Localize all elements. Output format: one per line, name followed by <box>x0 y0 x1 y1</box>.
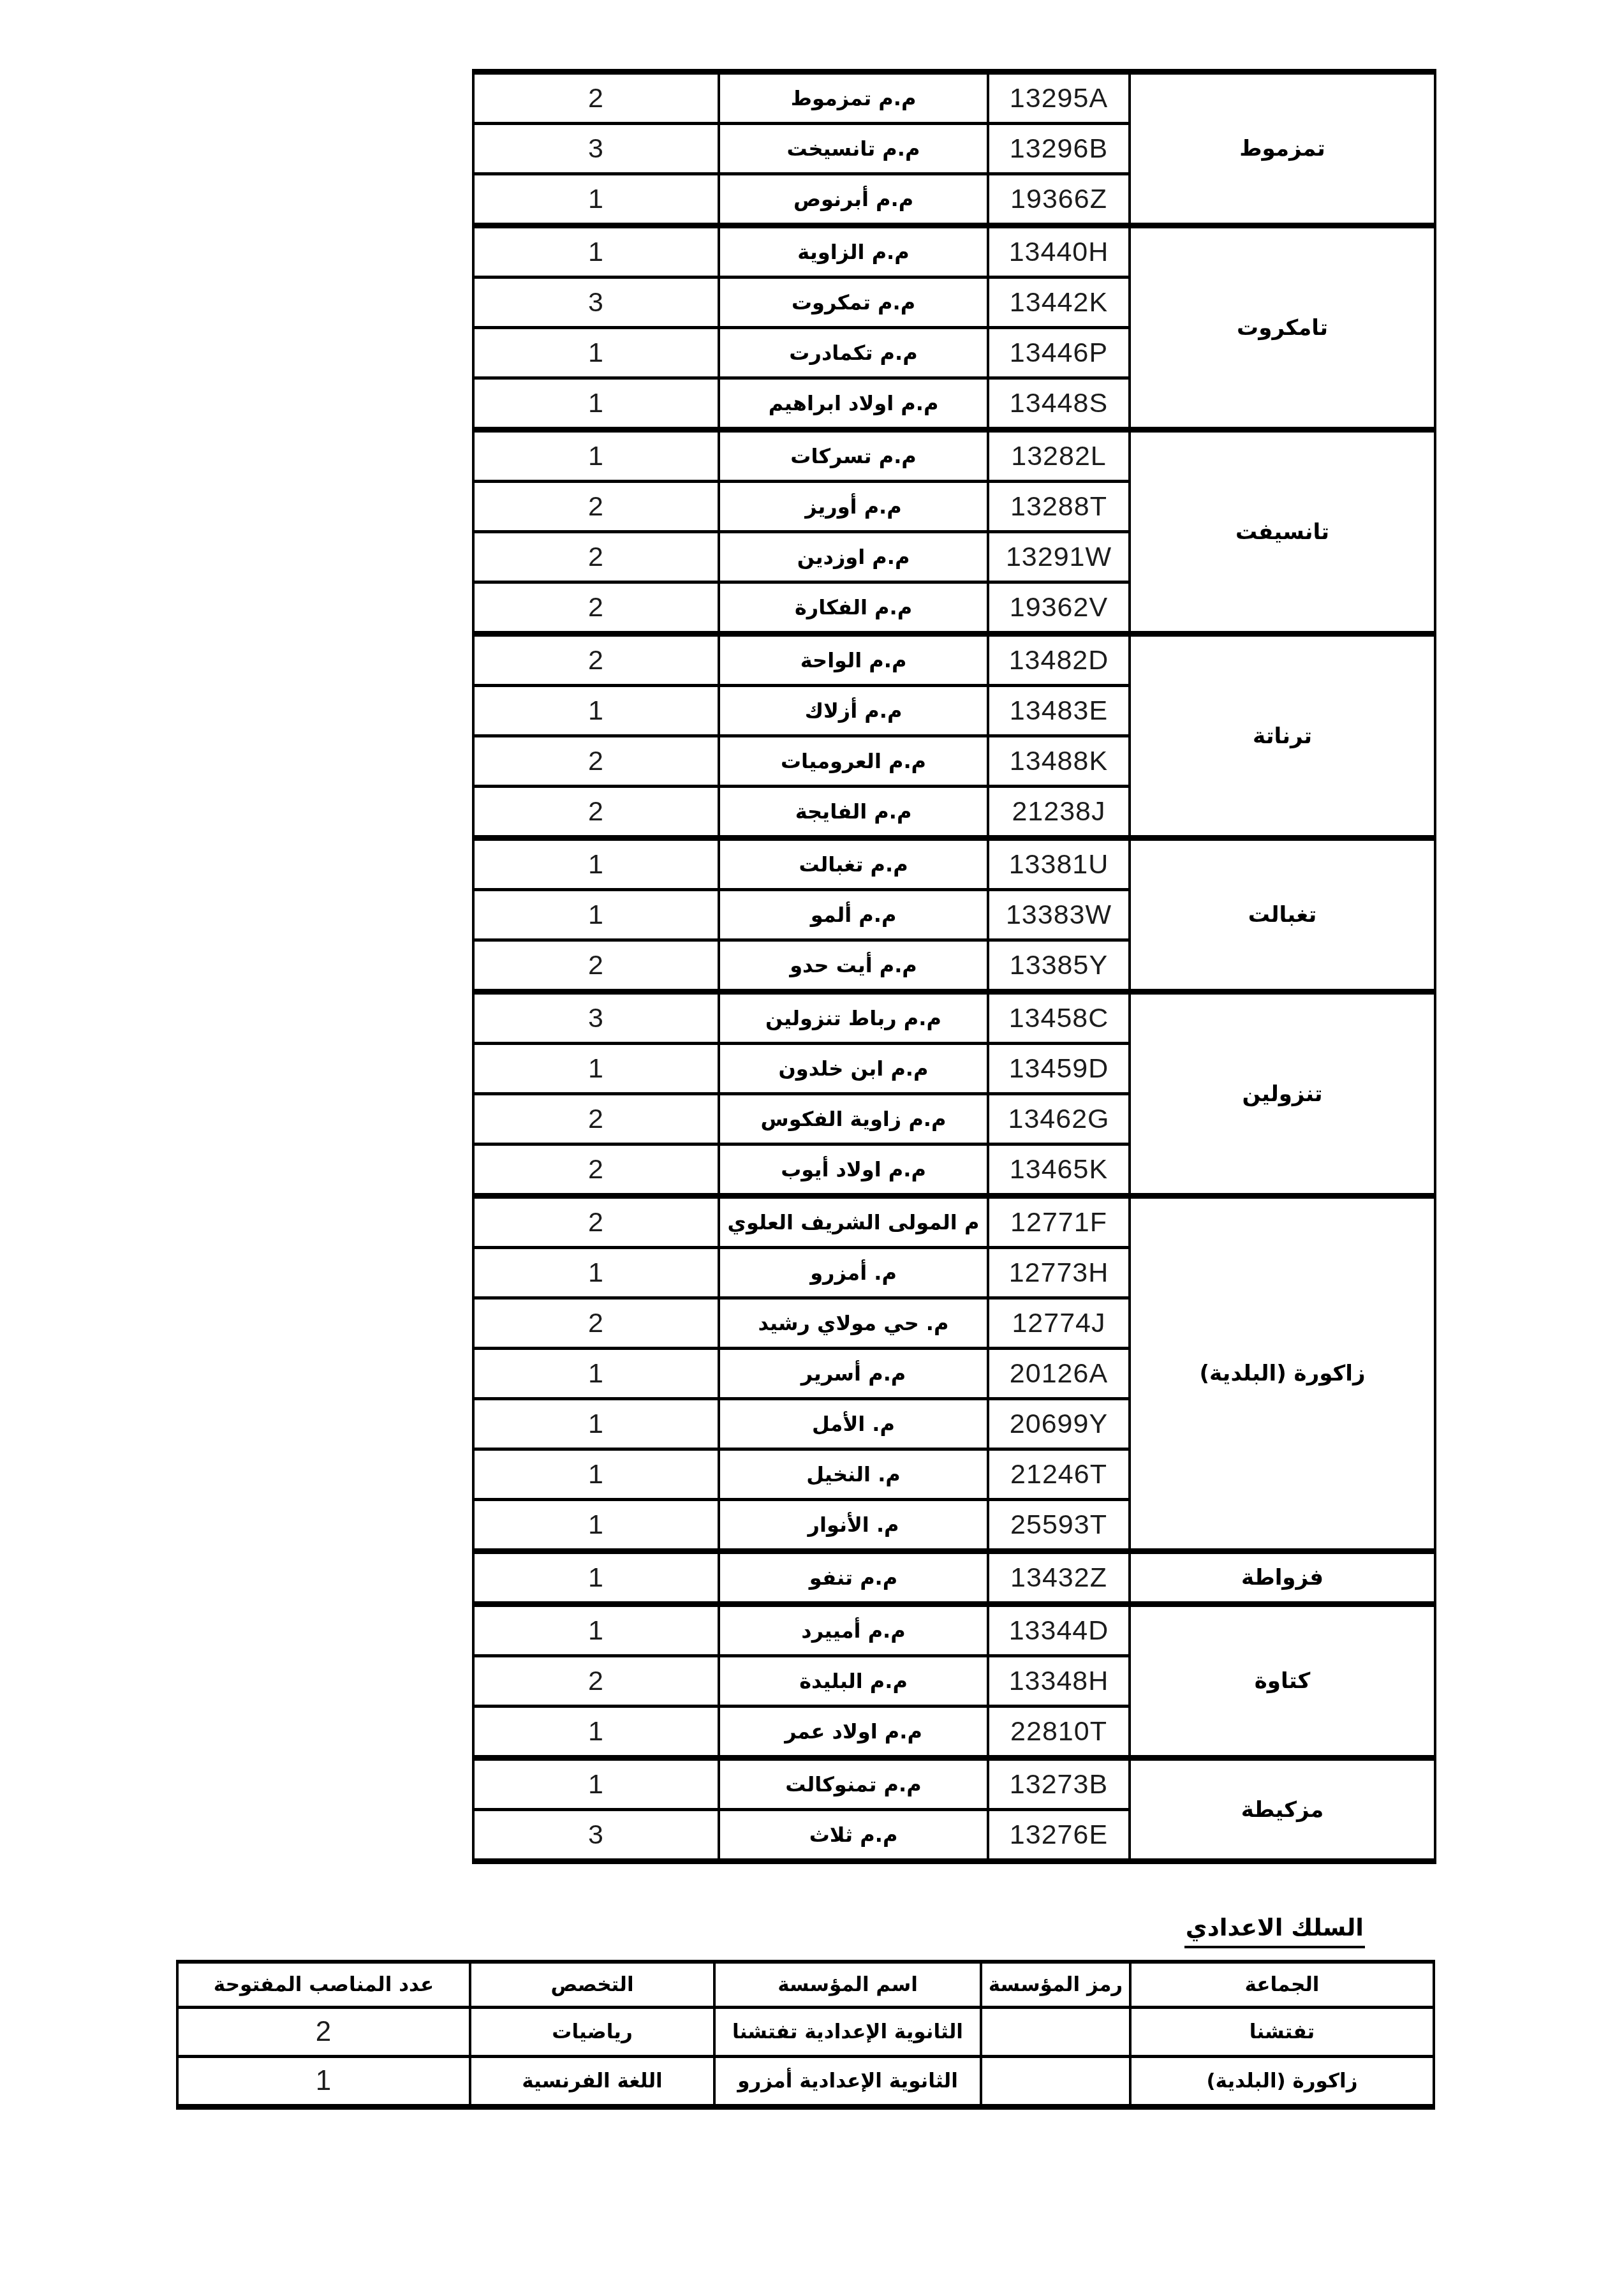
positions-count-cell: 1 <box>473 174 719 226</box>
school-code-cell: 13446P <box>988 328 1130 378</box>
school-code-cell <box>981 2008 1130 2057</box>
school-code-cell: 13458C <box>988 992 1130 1044</box>
positions-count-cell: 1 <box>473 430 719 482</box>
school-name-cell: م.م رباط تنزولين <box>719 992 988 1044</box>
header-commune: الجماعة <box>1130 1962 1434 2008</box>
school-row: تامكروت13440Hم.م الزاوية1 <box>473 226 1435 278</box>
positions-count-cell: 2 <box>473 482 719 532</box>
positions-count-cell: 3 <box>473 1810 719 1862</box>
school-row: تانسيفت13282Lم.م تسركات1 <box>473 430 1435 482</box>
section-title-preparatory-cycle: السلك الاعدادي <box>1184 1914 1365 1948</box>
school-code-cell: 13483E <box>988 686 1130 736</box>
positions-count-cell: 2 <box>473 1298 719 1349</box>
school-code-cell: 13448S <box>988 378 1130 430</box>
positions-count-cell: 2 <box>473 582 719 634</box>
school-code-cell: 25593T <box>988 1500 1130 1552</box>
school-row: تمزموط13295Aم.م تمزموط2 <box>473 72 1435 124</box>
school-name-cell: م.م تنفو <box>719 1552 988 1604</box>
school-name-cell: م.م اوزدين <box>719 532 988 582</box>
school-code-cell: 19362V <box>988 582 1130 634</box>
positions-count-cell: 1 <box>177 2057 470 2107</box>
school-code-cell: 13383W <box>988 890 1130 940</box>
school-code-cell: 13462G <box>988 1094 1130 1144</box>
positions-count-cell: 3 <box>473 278 719 328</box>
positions-count-cell: 2 <box>473 1094 719 1144</box>
commune-cell: تانسيفت <box>1130 430 1435 634</box>
positions-count-cell: 2 <box>473 1656 719 1707</box>
positions-count-cell: 1 <box>473 1399 719 1449</box>
school-name-cell: م المولى الشريف العلوي <box>719 1196 988 1248</box>
school-name-cell: م.م أيت حدو <box>719 940 988 992</box>
school-name-cell: م.م الفايجة <box>719 787 988 838</box>
school-name-cell: م.م تمكروت <box>719 278 988 328</box>
document-page: تمزموط13295Aم.م تمزموط213296Bم.م تانسيخت… <box>0 0 1622 2296</box>
school-row: مزكيطة13273Bم.م تمنوكالت1 <box>473 1758 1435 1810</box>
school-name-cell: م.م الفكارة <box>719 582 988 634</box>
school-code-cell: 22810T <box>988 1707 1130 1758</box>
school-name-cell: م.م اولاد أيوب <box>719 1144 988 1196</box>
commune-cell: كتاوة <box>1130 1604 1435 1758</box>
school-name-cell: م.م تانسيخت <box>719 124 988 174</box>
commune-cell: تنزولين <box>1130 992 1435 1196</box>
school-code-cell: 13296B <box>988 124 1130 174</box>
commune-cell: فزواطة <box>1130 1552 1435 1604</box>
positions-count-cell: 1 <box>473 1449 719 1500</box>
primary-open-positions-table: تمزموط13295Aم.م تمزموط213296Bم.م تانسيخت… <box>472 69 1436 1864</box>
school-name-cell: م.م أمييرد <box>719 1604 988 1656</box>
school-code-cell: 13432Z <box>988 1552 1130 1604</box>
school-name-cell: م.م تكمادرت <box>719 328 988 378</box>
positions-count-cell: 1 <box>473 226 719 278</box>
school-name-cell: م.م العروميات <box>719 736 988 787</box>
positions-count-cell: 3 <box>473 124 719 174</box>
school-name-cell: الثانوية الإعدادية أمزرو <box>714 2057 981 2107</box>
commune-cell: تفتشنا <box>1130 2008 1434 2057</box>
school-code-cell: 20126A <box>988 1349 1130 1399</box>
school-row: فزواطة13432Zم.م تنفو1 <box>473 1552 1435 1604</box>
commune-cell: ترناتة <box>1130 634 1435 838</box>
school-code-cell: 12771F <box>988 1196 1130 1248</box>
school-row: زاكورة (البلدية)12771Fم المولى الشريف ال… <box>473 1196 1435 1248</box>
positions-count-cell: 1 <box>473 1349 719 1399</box>
school-name-cell: م.م الزاوية <box>719 226 988 278</box>
positions-count-cell: 1 <box>473 1707 719 1758</box>
commune-cell: تمزموط <box>1130 72 1435 226</box>
school-name-cell: م.م أسرير <box>719 1349 988 1399</box>
secondary-school-row: زاكورة (البلدية)الثانوية الإعدادية أمزرو… <box>177 2057 1434 2107</box>
school-code-cell: 13381U <box>988 838 1130 890</box>
secondary-table-header-row: الجماعة رمز المؤسسة اسم المؤسسة التخصص ع… <box>177 1962 1434 2008</box>
positions-count-cell: 1 <box>473 1500 719 1552</box>
school-code-cell: 13288T <box>988 482 1130 532</box>
school-name-cell: م.م أوريز <box>719 482 988 532</box>
positions-count-cell: 1 <box>473 890 719 940</box>
school-code-cell: 19366Z <box>988 174 1130 226</box>
positions-count-cell: 1 <box>473 1248 719 1298</box>
positions-count-cell: 2 <box>473 736 719 787</box>
positions-count-cell: 1 <box>473 1604 719 1656</box>
positions-count-cell: 1 <box>473 328 719 378</box>
school-name-cell: م.م الواحة <box>719 634 988 686</box>
school-code-cell: 13442K <box>988 278 1130 328</box>
school-name-cell: م. النخيل <box>719 1449 988 1500</box>
school-code-cell: 13344D <box>988 1604 1130 1656</box>
positions-count-cell: 2 <box>473 634 719 686</box>
commune-cell: تامكروت <box>1130 226 1435 430</box>
header-specialty: التخصص <box>470 1962 714 2008</box>
school-row: كتاوة13344Dم.م أمييرد1 <box>473 1604 1435 1656</box>
commune-cell: مزكيطة <box>1130 1758 1435 1862</box>
school-code-cell: 21246T <box>988 1449 1130 1500</box>
school-code-cell: 20699Y <box>988 1399 1130 1449</box>
school-name-cell: م.م اولاد عمر <box>719 1707 988 1758</box>
specialty-cell: اللغة الفرنسية <box>470 2057 714 2107</box>
commune-cell: تغبالت <box>1130 838 1435 992</box>
school-code-cell: 13295A <box>988 72 1130 124</box>
school-name-cell: م.م زاوية الفكوس <box>719 1094 988 1144</box>
school-row: ترناتة13482Dم.م الواحة2 <box>473 634 1435 686</box>
positions-count-cell: 2 <box>473 532 719 582</box>
school-row: تغبالت13381Uم.م تغبالت1 <box>473 838 1435 890</box>
school-name-cell: م.م اولاد ابراهيم <box>719 378 988 430</box>
school-code-cell: 13440H <box>988 226 1130 278</box>
secondary-cycle-table: الجماعة رمز المؤسسة اسم المؤسسة التخصص ع… <box>176 1960 1435 2110</box>
positions-count-cell: 1 <box>473 686 719 736</box>
school-code-cell: 13465K <box>988 1144 1130 1196</box>
school-name-cell: م.م ابن خلدون <box>719 1044 988 1094</box>
school-code-cell: 13459D <box>988 1044 1130 1094</box>
school-name-cell: م. أمزرو <box>719 1248 988 1298</box>
school-code-cell: 13348H <box>988 1656 1130 1707</box>
school-name-cell: م.م ألمو <box>719 890 988 940</box>
commune-cell: زاكورة (البلدية) <box>1130 1196 1435 1552</box>
positions-count-cell: 1 <box>473 1552 719 1604</box>
specialty-cell: رياضيات <box>470 2008 714 2057</box>
positions-count-cell: 2 <box>473 72 719 124</box>
school-code-cell: 12773H <box>988 1248 1130 1298</box>
school-name-cell: م. حي مولاي رشيد <box>719 1298 988 1349</box>
school-name-cell: م.م أزلاك <box>719 686 988 736</box>
header-school-name: اسم المؤسسة <box>714 1962 981 2008</box>
positions-count-cell: 2 <box>177 2008 470 2057</box>
school-code-cell: 13482D <box>988 634 1130 686</box>
school-name-cell: م.م تغبالت <box>719 838 988 890</box>
positions-count-cell: 1 <box>473 838 719 890</box>
positions-count-cell: 3 <box>473 992 719 1044</box>
school-name-cell: الثانوية الإعدادية تفتشنا <box>714 2008 981 2057</box>
positions-count-cell: 1 <box>473 1758 719 1810</box>
secondary-school-row: تفتشناالثانوية الإعدادية تفتشنارياضيات2 <box>177 2008 1434 2057</box>
school-name-cell: م.م ثلاث <box>719 1810 988 1862</box>
header-school-code: رمز المؤسسة <box>981 1962 1130 2008</box>
school-code-cell: 13276E <box>988 1810 1130 1862</box>
school-code-cell: 21238J <box>988 787 1130 838</box>
positions-count-cell: 2 <box>473 1144 719 1196</box>
school-name-cell: م.م أبرنوص <box>719 174 988 226</box>
school-name-cell: م. الأنوار <box>719 1500 988 1552</box>
school-code-cell <box>981 2057 1130 2107</box>
positions-count-cell: 2 <box>473 787 719 838</box>
school-row: تنزولين13458Cم.م رباط تنزولين3 <box>473 992 1435 1044</box>
commune-cell: زاكورة (البلدية) <box>1130 2057 1434 2107</box>
school-code-cell: 13282L <box>988 430 1130 482</box>
positions-count-cell: 2 <box>473 1196 719 1248</box>
school-code-cell: 13291W <box>988 532 1130 582</box>
positions-count-cell: 2 <box>473 940 719 992</box>
school-code-cell: 13273B <box>988 1758 1130 1810</box>
school-name-cell: م.م تمزموط <box>719 72 988 124</box>
school-code-cell: 13488K <box>988 736 1130 787</box>
positions-count-cell: 1 <box>473 1044 719 1094</box>
positions-count-cell: 1 <box>473 378 719 430</box>
school-name-cell: م.م تمنوكالت <box>719 1758 988 1810</box>
header-open-positions-count: عدد المناصب المفتوحة <box>177 1962 470 2008</box>
school-code-cell: 13385Y <box>988 940 1130 992</box>
school-name-cell: م. الأمل <box>719 1399 988 1449</box>
school-code-cell: 12774J <box>988 1298 1130 1349</box>
school-name-cell: م.م البليدة <box>719 1656 988 1707</box>
school-name-cell: م.م تسركات <box>719 430 988 482</box>
